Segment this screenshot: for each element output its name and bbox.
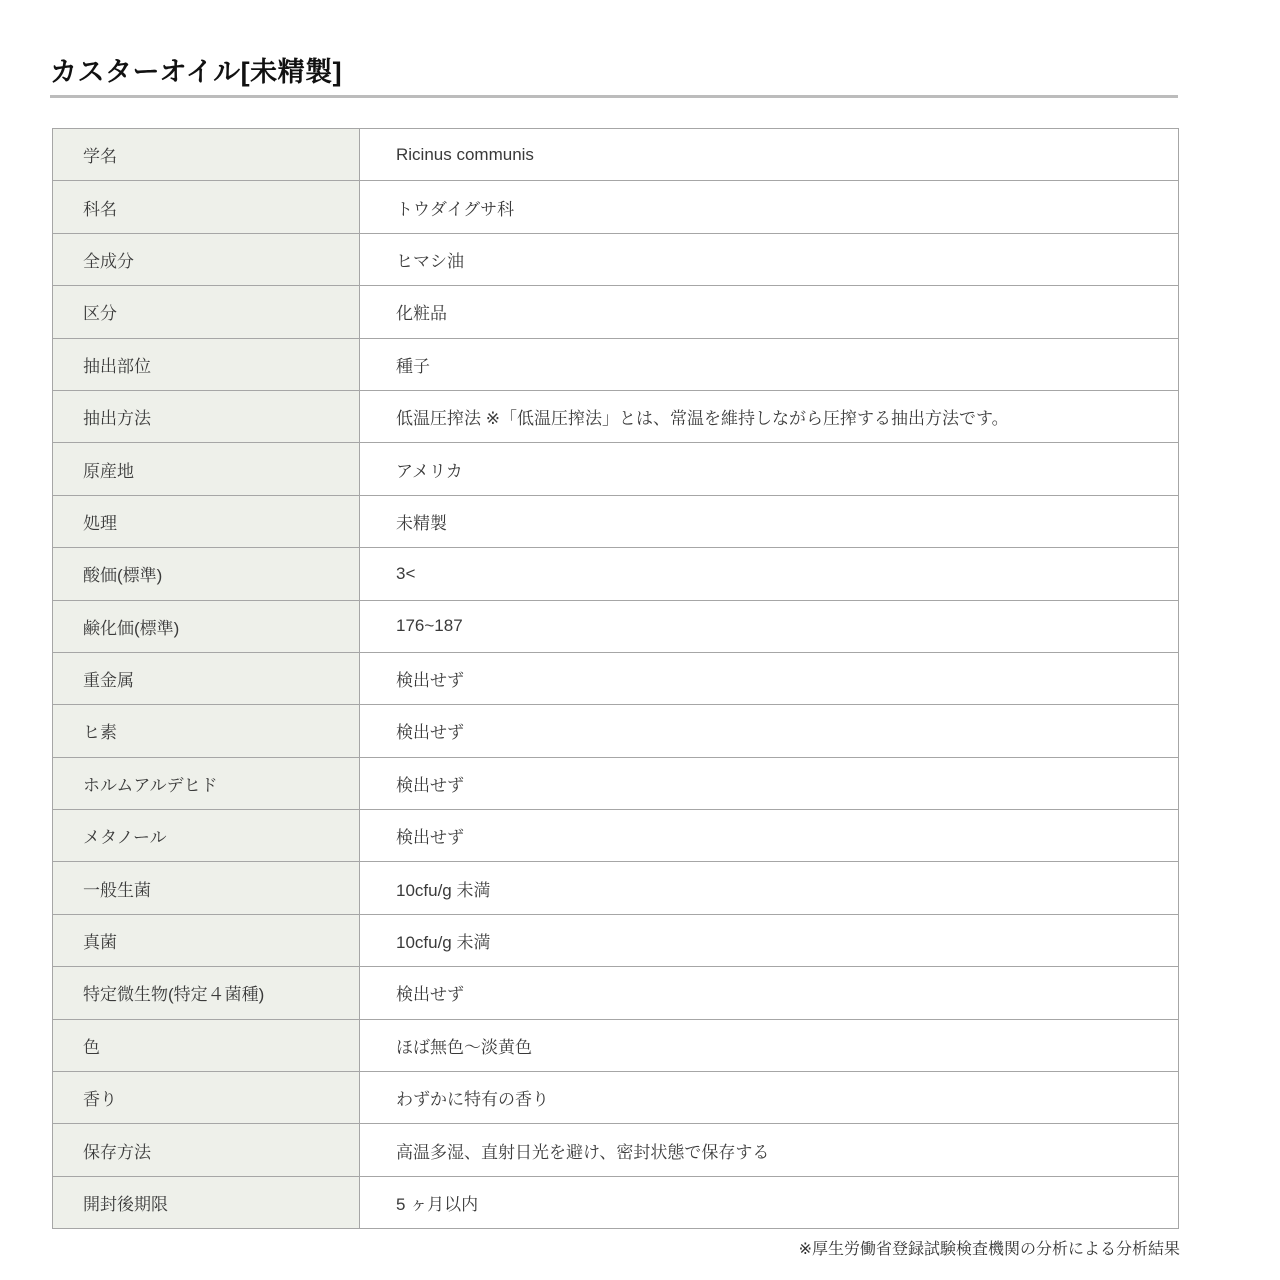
spec-table: 学名 Ricinus communis 科名 トウダイグサ科 全成分 ヒマシ油 … xyxy=(52,128,1179,1229)
row-label: 区分 xyxy=(53,286,360,338)
table-row: 特定微生物(特定４菌種) 検出せず xyxy=(53,967,1179,1019)
row-value: 10cfu/g 未満 xyxy=(360,862,1179,914)
table-row: 保存方法 高温多湿、直射日光を避け、密封状態で保存する xyxy=(53,1124,1179,1176)
table-row: 鹸化価(標準) 176~187 xyxy=(53,600,1179,652)
table-row: 抽出方法 低温圧搾法 ※「低温圧搾法」とは、常温を維持しながら圧搾する抽出方法で… xyxy=(53,390,1179,442)
row-value: 種子 xyxy=(360,338,1179,390)
row-value: 検出せず xyxy=(360,967,1179,1019)
row-label: 鹸化価(標準) xyxy=(53,600,360,652)
row-label: 科名 xyxy=(53,181,360,233)
row-label: 真菌 xyxy=(53,914,360,966)
row-label: 重金属 xyxy=(53,652,360,704)
table-row: 原産地 アメリカ xyxy=(53,443,1179,495)
row-label: 全成分 xyxy=(53,233,360,285)
table-row: 科名 トウダイグサ科 xyxy=(53,181,1179,233)
row-label: 処理 xyxy=(53,495,360,547)
page-title: カスターオイル[未精製] xyxy=(50,50,342,89)
table-row: メタノール 検出せず xyxy=(53,810,1179,862)
table-row: ホルムアルデヒド 検出せず xyxy=(53,757,1179,809)
row-label: 抽出部位 xyxy=(53,338,360,390)
row-value: 検出せず xyxy=(360,757,1179,809)
row-value: Ricinus communis xyxy=(360,129,1179,181)
row-value: 3< xyxy=(360,548,1179,600)
row-value: 検出せず xyxy=(360,705,1179,757)
row-value: ヒマシ油 xyxy=(360,233,1179,285)
row-value: 検出せず xyxy=(360,652,1179,704)
row-label: 色 xyxy=(53,1019,360,1071)
row-label: 保存方法 xyxy=(53,1124,360,1176)
table-row: 香り わずかに特有の香り xyxy=(53,1072,1179,1124)
table-row: 処理 未精製 xyxy=(53,495,1179,547)
row-label: 抽出方法 xyxy=(53,390,360,442)
table-row: 区分 化粧品 xyxy=(53,286,1179,338)
row-value: アメリカ xyxy=(360,443,1179,495)
row-label: 特定微生物(特定４菌種) xyxy=(53,967,360,1019)
title-divider xyxy=(50,95,1178,98)
row-value: 176~187 xyxy=(360,600,1179,652)
table-row: 開封後期限 5 ヶ月以内 xyxy=(53,1176,1179,1228)
footer-note: ※厚生労働省登録試験検査機関の分析による分析結果 xyxy=(799,1236,1180,1259)
row-value: 高温多湿、直射日光を避け、密封状態で保存する xyxy=(360,1124,1179,1176)
table-row: 酸価(標準) 3< xyxy=(53,548,1179,600)
row-value: 未精製 xyxy=(360,495,1179,547)
product-spec-page: カスターオイル[未精製] 学名 Ricinus communis 科名 トウダイ… xyxy=(0,0,1280,1280)
row-value: 低温圧搾法 ※「低温圧搾法」とは、常温を維持しながら圧搾する抽出方法です。 xyxy=(360,390,1179,442)
table-row: 色 ほば無色～淡黄色 xyxy=(53,1019,1179,1071)
table-row: 一般生菌 10cfu/g 未満 xyxy=(53,862,1179,914)
row-label: メタノール xyxy=(53,810,360,862)
table-row: ヒ素 検出せず xyxy=(53,705,1179,757)
row-label: 酸価(標準) xyxy=(53,548,360,600)
row-value: 10cfu/g 未満 xyxy=(360,914,1179,966)
table-row: 重金属 検出せず xyxy=(53,652,1179,704)
row-label: 一般生菌 xyxy=(53,862,360,914)
row-label: 学名 xyxy=(53,129,360,181)
row-value: トウダイグサ科 xyxy=(360,181,1179,233)
row-value: 5 ヶ月以内 xyxy=(360,1176,1179,1228)
row-label: ヒ素 xyxy=(53,705,360,757)
row-label: ホルムアルデヒド xyxy=(53,757,360,809)
row-label: 開封後期限 xyxy=(53,1176,360,1228)
table-row: 全成分 ヒマシ油 xyxy=(53,233,1179,285)
row-value: 化粧品 xyxy=(360,286,1179,338)
row-value: 検出せず xyxy=(360,810,1179,862)
row-label: 香り xyxy=(53,1072,360,1124)
table-row: 学名 Ricinus communis xyxy=(53,129,1179,181)
table-row: 真菌 10cfu/g 未満 xyxy=(53,914,1179,966)
row-value: わずかに特有の香り xyxy=(360,1072,1179,1124)
row-value: ほば無色～淡黄色 xyxy=(360,1019,1179,1071)
table-row: 抽出部位 種子 xyxy=(53,338,1179,390)
row-label: 原産地 xyxy=(53,443,360,495)
